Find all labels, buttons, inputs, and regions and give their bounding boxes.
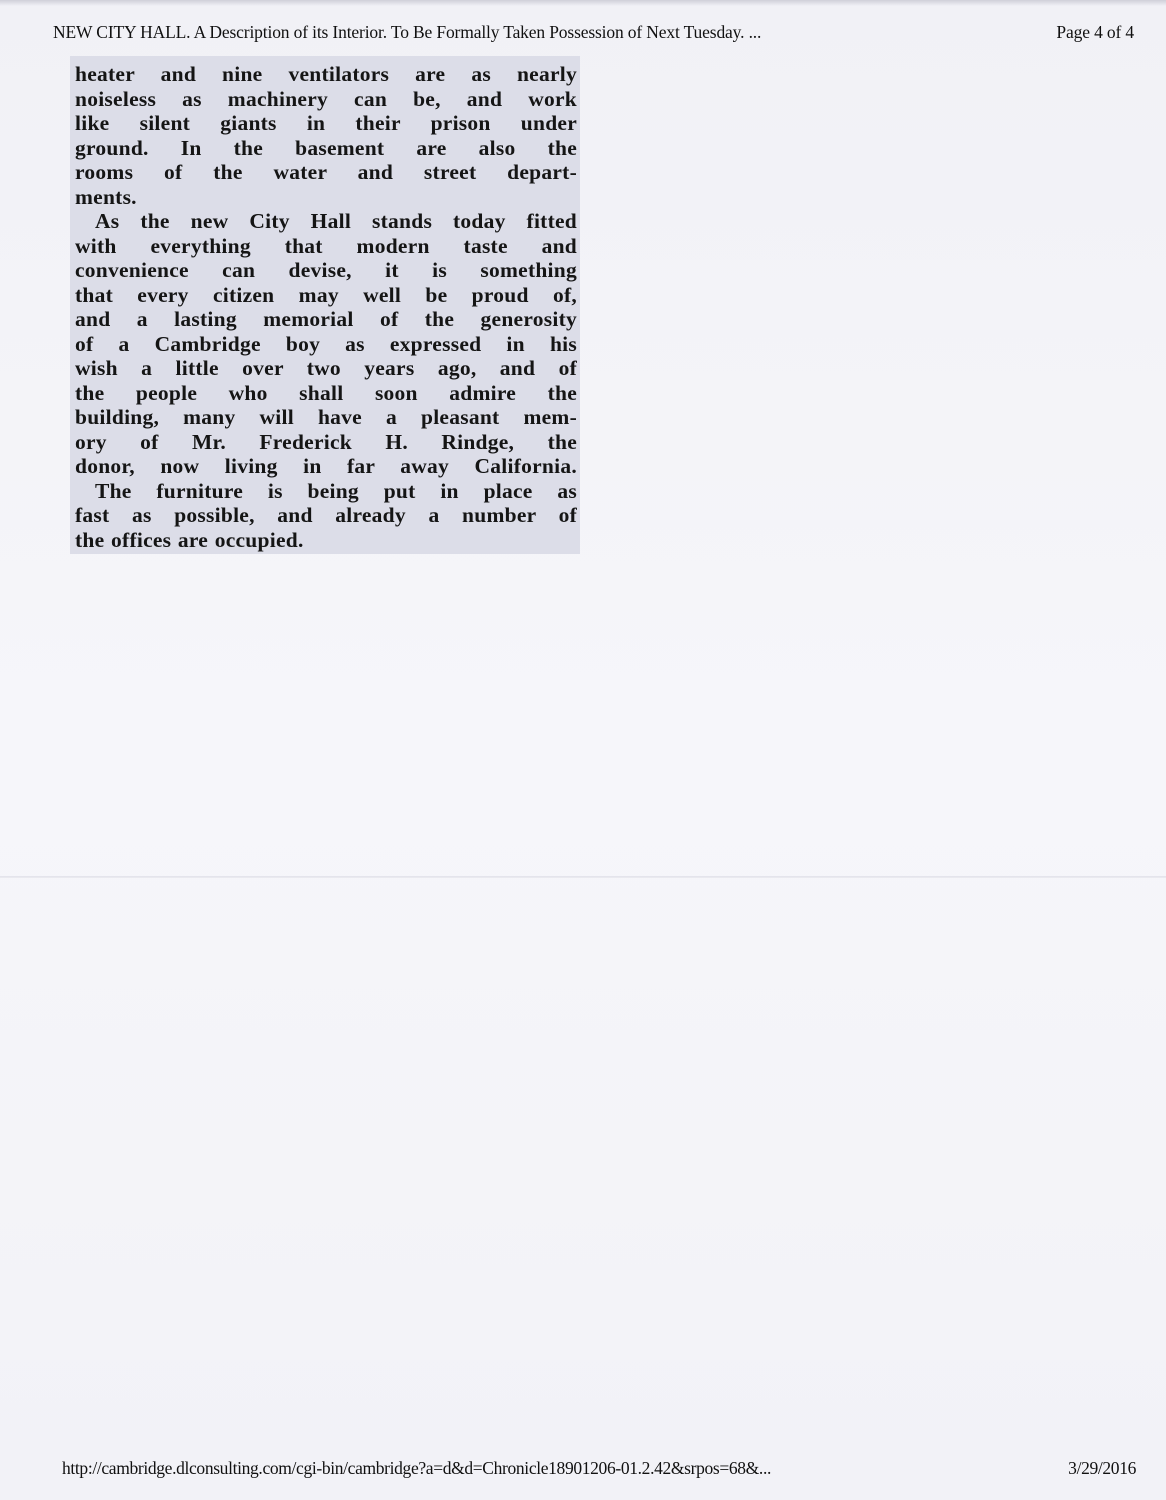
text-line: the offices are occupied. <box>75 528 577 553</box>
text-line: with everything that modern taste and <box>75 234 577 259</box>
text-line: that every citizen may well be proud of, <box>75 283 577 308</box>
text-line: As the new City Hall stands today fitted <box>75 209 577 234</box>
text-line: ground. In the basement are also the <box>75 136 577 161</box>
text-line: ments. <box>75 185 577 210</box>
scan-top-edge <box>0 0 1166 6</box>
paragraph-3: The furniture is being put in place as f… <box>75 479 577 553</box>
page-indicator: Page 4 of 4 <box>1056 21 1134 43</box>
article-title: NEW CITY HALL. A Description of its Inte… <box>53 21 761 43</box>
text-line: like silent giants in their prison under <box>75 111 577 136</box>
text-line: and a lasting memorial of the generosity <box>75 307 577 332</box>
paragraph-1: heater and nine ventilators are as nearl… <box>75 62 577 209</box>
text-line: The furniture is being put in place as <box>75 479 577 504</box>
text-line: wish a little over two years ago, and of <box>75 356 577 381</box>
text-line: fast as possible, and already a number o… <box>75 503 577 528</box>
source-url: http://cambridge.dlconsulting.com/cgi-bi… <box>62 1457 771 1479</box>
text-line: ory of Mr. Frederick H. Rindge, the <box>75 430 577 455</box>
text-line: rooms of the water and street depart- <box>75 160 577 185</box>
text-line: the people who shall soon admire the <box>75 381 577 406</box>
text-line: heater and nine ventilators are as nearl… <box>75 62 577 87</box>
text-line: building, many will have a pleasant mem- <box>75 405 577 430</box>
text-line: of a Cambridge boy as expressed in his <box>75 332 577 357</box>
paragraph-2: As the new City Hall stands today fitted… <box>75 209 577 479</box>
newspaper-clipping: heater and nine ventilators are as nearl… <box>70 56 580 554</box>
print-header: NEW CITY HALL. A Description of its Inte… <box>53 21 1134 43</box>
text-line: donor, now living in far away California… <box>75 454 577 479</box>
print-date: 3/29/2016 <box>1068 1457 1136 1479</box>
print-footer: http://cambridge.dlconsulting.com/cgi-bi… <box>62 1457 1136 1479</box>
text-line: convenience can devise, it is something <box>75 258 577 283</box>
paper-fold-line <box>0 876 1166 878</box>
text-line: noiseless as machinery can be, and work <box>75 87 577 112</box>
